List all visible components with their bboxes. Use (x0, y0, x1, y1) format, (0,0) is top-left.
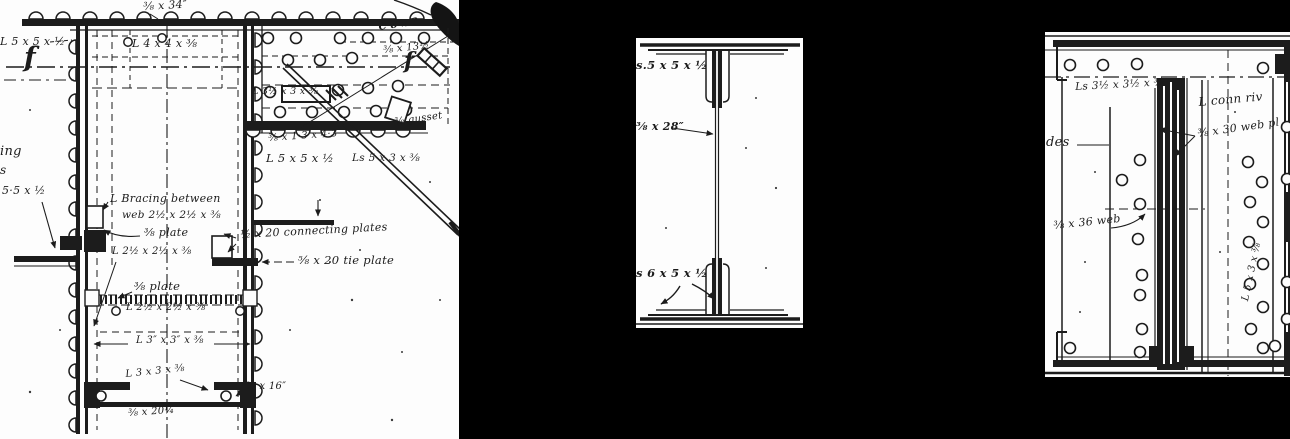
label-section-f-left: f (24, 44, 36, 71)
beam-section-drawing (636, 38, 803, 328)
label-angle-3x3-a: L 3″ x 3″ x ⅜ (136, 336, 204, 346)
label-fragment-ing: ing (0, 145, 22, 158)
label-top-plate: ⅜ x 34″ (143, 0, 188, 12)
label-bracing-line2: web 2½ x 2½ x ⅜ (122, 210, 221, 221)
label-angle-5x5-mid: L 5 x 5 x ½ (266, 153, 334, 165)
label-angle-2half-b: L 2½ x 2½ x ⅜ (126, 303, 206, 313)
label-edge-5x5: 5·5 x ½ (2, 185, 45, 196)
column-elevation-drawing (0, 0, 459, 439)
label-fragment-s: s (0, 164, 6, 176)
left-drawing-panel: ⅜ x 34″ L 5 x 5 x ½ f f L 4 x 4 x ⅜ C 8 … (0, 0, 459, 439)
label-angles-5x3: Ls 5 x 3 x ⅜ (352, 153, 420, 164)
label-web-plate: ⅜ x 28″ (636, 121, 684, 132)
label-bottom-flange-angles: s 6 x 5 x ½ (636, 268, 708, 280)
label-angle-4x4: L 4 x 4 x ⅜ (132, 38, 197, 49)
label-angle-2half-a: L 2½ x 2½ x ⅜ (112, 247, 192, 257)
label-angle-3half-3: L 3½ x 3 x ⅜ (252, 87, 318, 97)
label-top-flange-angles: s.5 x 5 x ½ (636, 60, 708, 72)
right-drawing-panel: Ls 3½ x 3½ x ⅜ L conn riv des ⅜ x 30 web… (1045, 32, 1290, 377)
label-fragment-des: des (1046, 136, 1070, 149)
label-plate-38-a: ⅜ plate (144, 227, 188, 238)
label-tie-plate: ⅝ x 20 tie plate (298, 255, 394, 267)
label-plate-38-b: ⅜ plate (134, 281, 180, 293)
label-bracing-line1: L Bracing between (110, 193, 221, 204)
scanned-drawing-sheet: ⅜ x 34″ L 5 x 5 x ½ f f L 4 x 4 x ⅜ C 8 … (0, 0, 1290, 439)
middle-drawing-panel: s.5 x 5 x ½ ⅜ x 28″ s 6 x 5 x ½ (636, 38, 803, 328)
label-plate-16: ⅜ x 16″ (246, 382, 286, 392)
